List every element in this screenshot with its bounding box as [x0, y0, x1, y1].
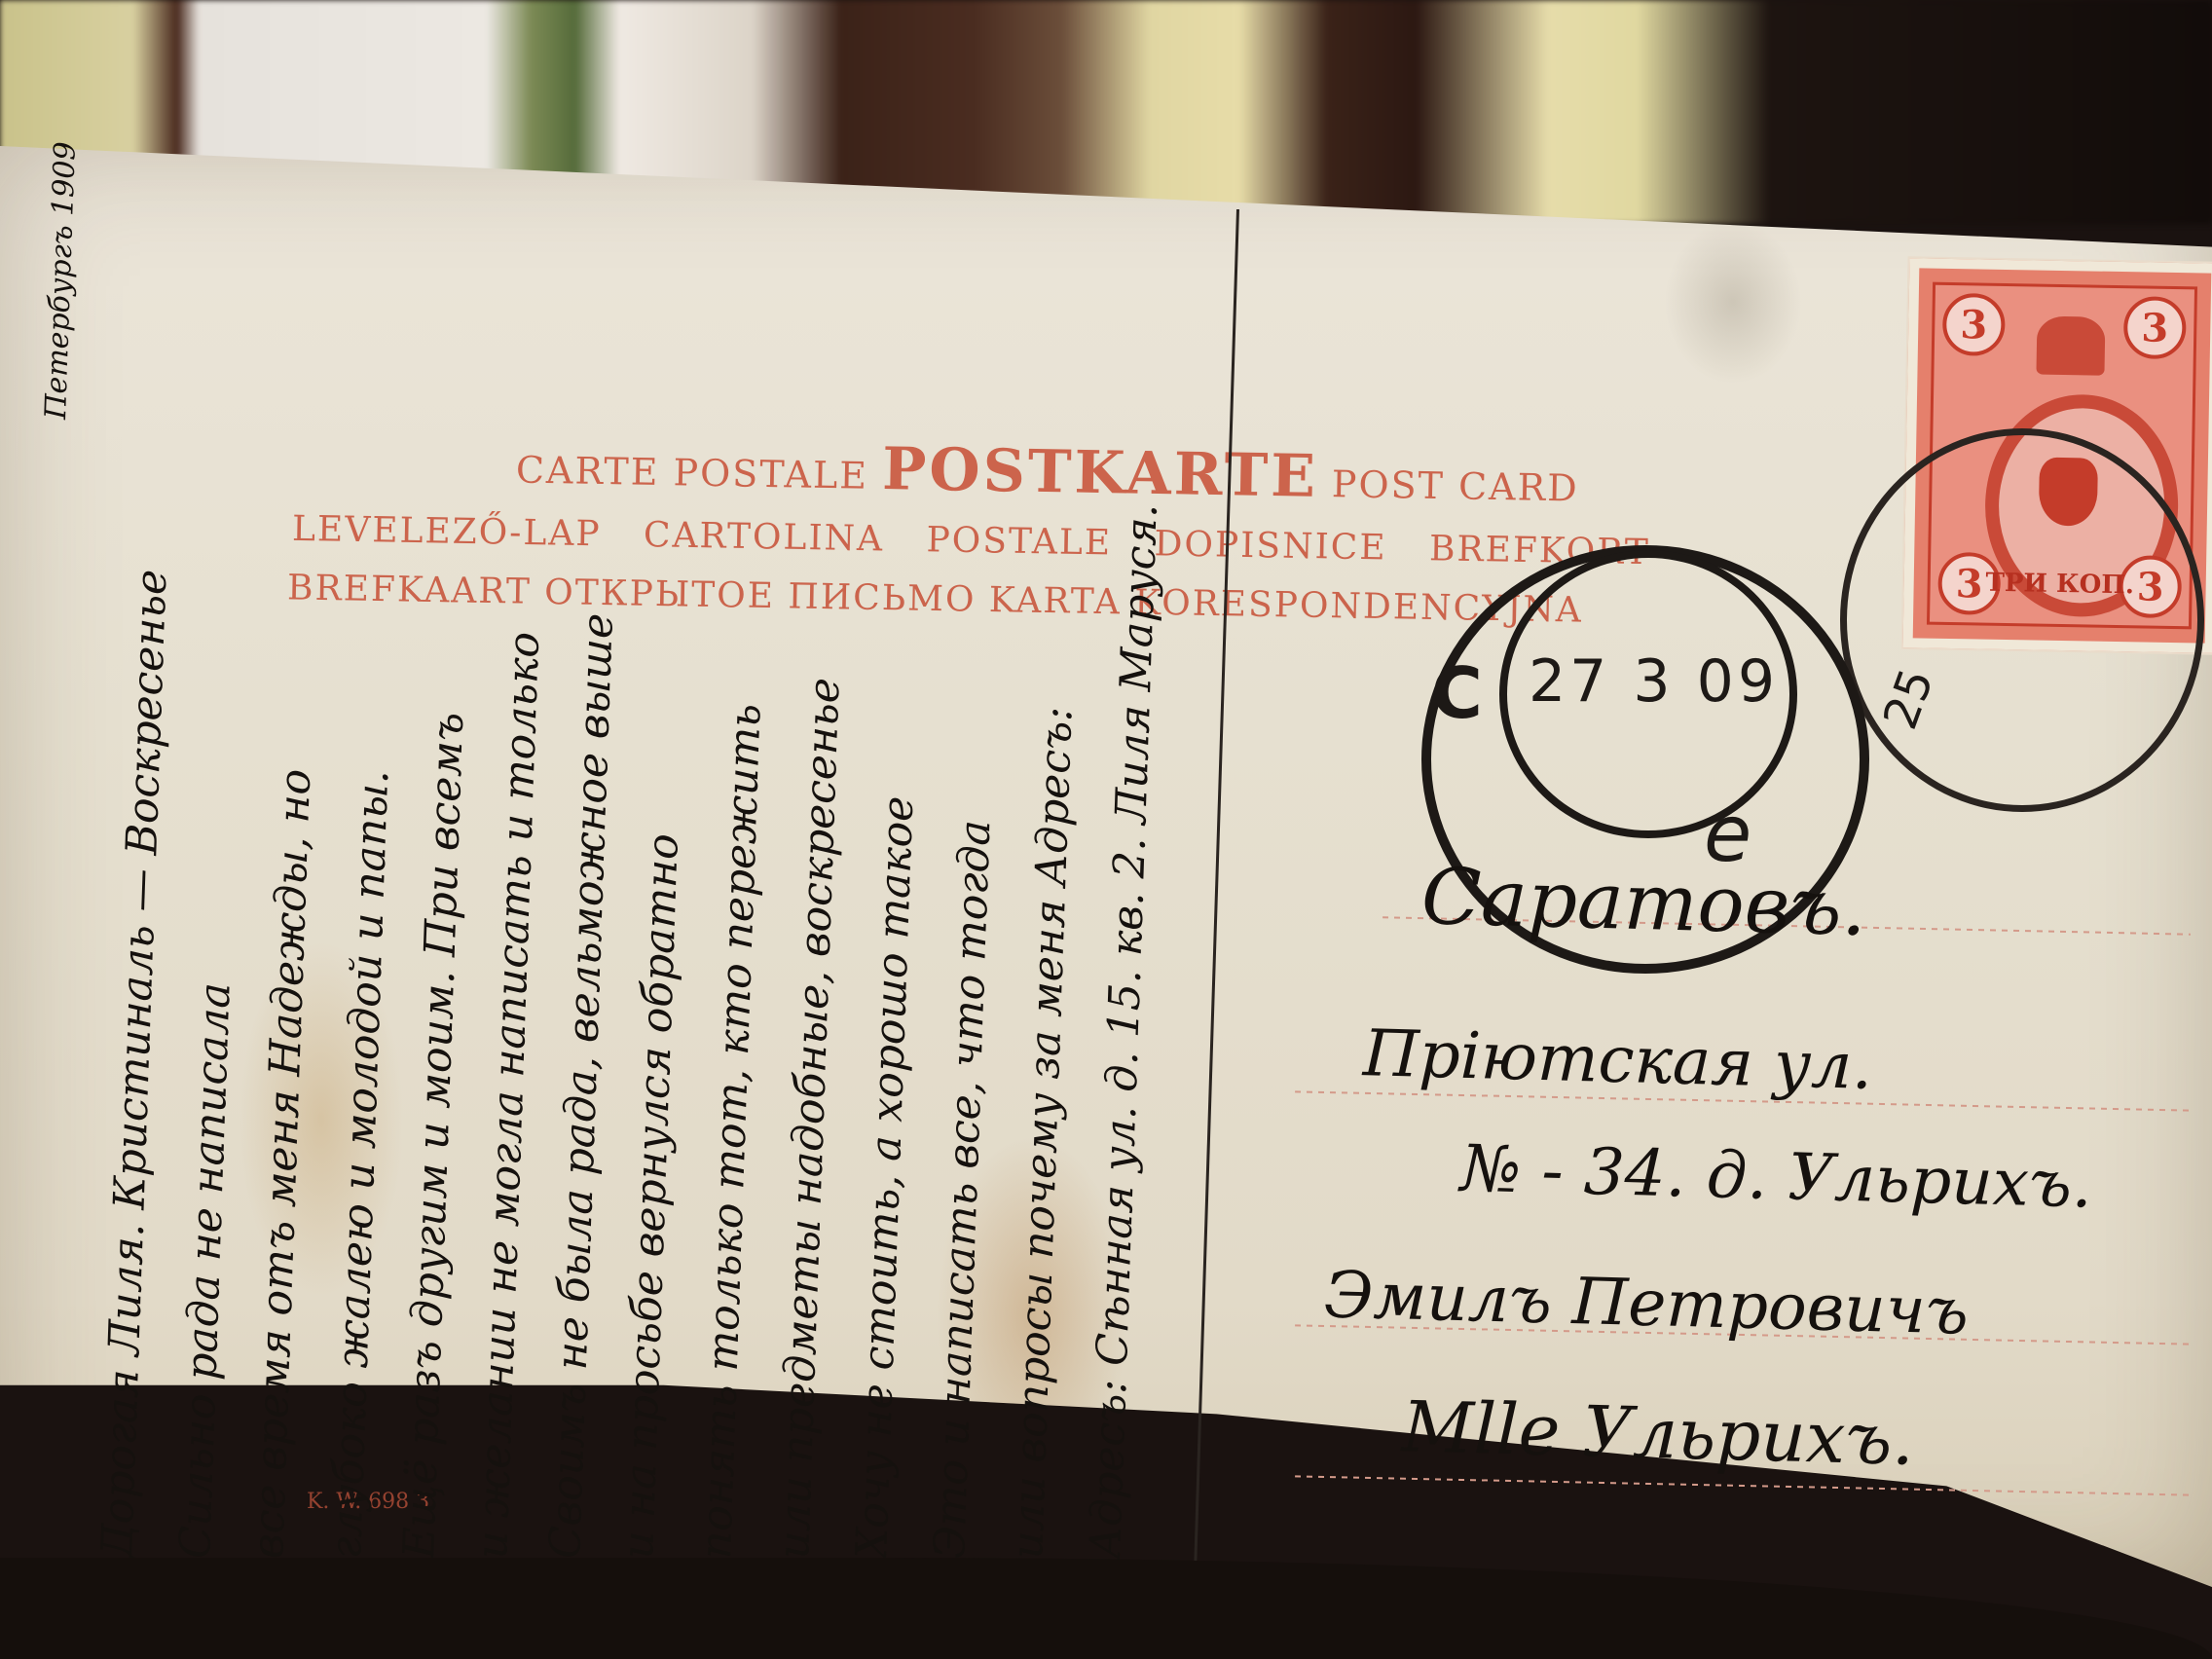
label-postkarte: Postkarte: [882, 435, 1319, 511]
postmark-date: 27 3 09: [1529, 647, 1779, 716]
stamp-denomination-tl: 3: [1942, 293, 2006, 356]
stamp-denomination-tr: 3: [2123, 296, 2187, 359]
address-city: Саратовъ.: [1420, 851, 1867, 953]
address-street: Пріютская ул.: [1362, 1015, 1873, 1104]
crown-icon: [2036, 316, 2105, 376]
label-levelezo-lap: Levelező-Lap: [292, 509, 602, 555]
label-carte-postale: Carte Postale: [516, 448, 869, 497]
foreground-shadow: [0, 1558, 2212, 1659]
label-post-card: Post Card: [1332, 462, 1580, 509]
label-cartolina-postale: Cartolina Postale: [644, 515, 1113, 563]
postmark-secondary: [1840, 428, 2204, 812]
label-dopisnice: Dopisnice: [1154, 524, 1387, 568]
postmark-letter-left: С: [1431, 652, 1483, 734]
address-recipient: Mlle Ульрихъ.: [1401, 1385, 1915, 1481]
